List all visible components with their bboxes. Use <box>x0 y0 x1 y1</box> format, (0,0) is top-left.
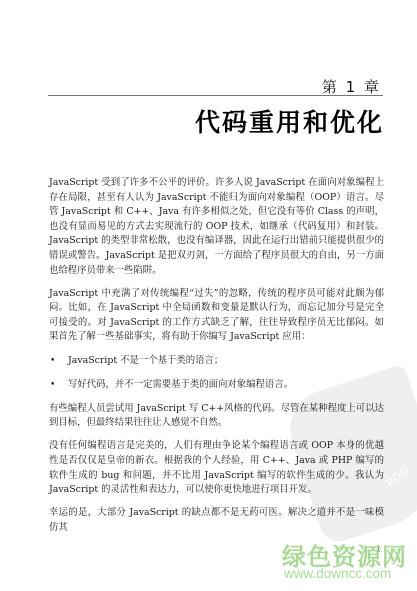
chapter-divider <box>48 95 383 96</box>
bullet-icon: • <box>50 378 55 393</box>
paragraph: JavaScript 中充满了对传统编程“过失”的忽略，传统的程序员可能对此颇为… <box>49 287 384 345</box>
body-text: JavaScript 受到了许多不公平的评价。许多人说 JavaScript 在… <box>49 176 384 544</box>
chapter-title: 代码重用和优化 <box>195 103 384 139</box>
bullet-icon: • <box>50 354 55 369</box>
document-page: PDG 第 1 章 代码重用和优化 JavaScript 受到了许多不公平的评价… <box>0 0 417 591</box>
bullet-list: • JavaScript 不是一个基于类的语言； • 写好代码，并不一定需要基于… <box>49 354 384 393</box>
paragraph: JavaScript 受到了许多不公平的评价。许多人说 JavaScript 在… <box>49 176 384 278</box>
paragraph: 幸运的是，大部分 JavaScript 的缺点都不是无药可医。解决之道并不是一味… <box>49 506 384 535</box>
paragraph: 有些编程人员尝试用 JavaScript 写 C++风格的代码。尽管在某种程度上… <box>49 402 384 431</box>
chapter-label: 第 1 章 <box>322 76 381 97</box>
paragraph: 没有任何编程语言是完美的，人们有理由争论某个编程语言或 OOP 本身的优越性是否… <box>49 439 384 497</box>
watermark-url: www.downcc.com <box>284 566 391 581</box>
bullet-item: • 写好代码，并不一定需要基于类的面向对象编程语言。 <box>49 378 384 393</box>
bullet-text: JavaScript 不是一个基于类的语言； <box>68 355 223 366</box>
bullet-text: 写好代码，并不一定需要基于类的面向对象编程语言。 <box>68 379 293 390</box>
bullet-item: • JavaScript 不是一个基于类的语言； <box>49 354 384 369</box>
